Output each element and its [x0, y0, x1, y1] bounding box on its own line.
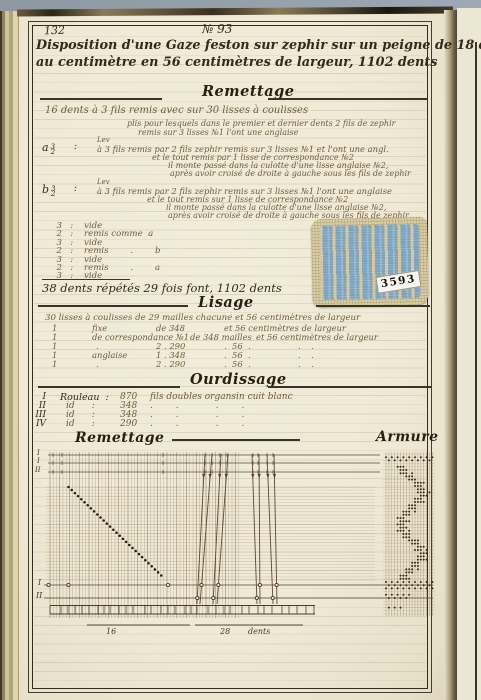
remettage-intro-1: 16 dents à 3 fils remis avec sur 30 liss… [45, 105, 308, 116]
entry-letter: b [42, 183, 49, 196]
draft-heading-armure: Armure [376, 429, 439, 445]
heading-rule [40, 98, 162, 100]
facing-page-frame-line [475, 42, 477, 700]
threading-draft-drawing [30, 446, 435, 642]
ourdissage-value: 290 [120, 419, 137, 429]
heading-rule [268, 98, 428, 100]
remettage-intro-2: plis pour lesquels dans le premier et de… [127, 119, 395, 128]
entry-denominator: 2 [51, 148, 55, 156]
section-heading-lisage: Lisage [198, 294, 254, 311]
draft-heading-remettage: Remettage [75, 430, 164, 446]
lisage-cell: et 56 centimètres de largeur [256, 332, 378, 342]
ourdissage-desc: . . . . [150, 419, 244, 429]
draft-top-row-label-3: II [35, 466, 41, 474]
remettage-total: 38 dents répétés 29 fois font, 1102 dent… [42, 281, 282, 295]
entry-a-line-4: après avoir croisé de droite à gauche so… [170, 169, 411, 178]
entry-a-colon: : [74, 142, 77, 152]
document-number: № 93 [202, 22, 232, 36]
entry-b-label: b32 [42, 183, 58, 197]
title-line-1: Disposition d'une Gaze feston sur zephir… [36, 38, 481, 53]
lisage-cell: . . [298, 359, 314, 369]
draft-top-row-label-2: I [37, 457, 40, 465]
heading-rule [316, 305, 430, 307]
lisage-count: 1 [52, 359, 57, 369]
entry-a-lev: Lev [97, 136, 110, 144]
lisage-row: 1 [52, 359, 57, 369]
scale-label-16: 16 [106, 627, 116, 636]
rouleau-numeral: IV [34, 419, 46, 429]
draft-top-row-label-1: I [37, 449, 40, 457]
draft-bottom-row-label-1: I [38, 578, 41, 587]
entry-b-lev: Lev [97, 178, 110, 186]
page-gutter-shadow [444, 10, 457, 700]
entry-a-label: a32 [42, 141, 57, 155]
heading-rule [38, 386, 180, 388]
page-number: 132 [44, 24, 65, 38]
fabric-swatch: 3593 [311, 217, 429, 307]
draft-svg [30, 446, 435, 642]
scale-label-28: 28 [220, 627, 230, 636]
lisage-cell: 2 . 290 [156, 359, 185, 369]
photo-of-notebook-page: 132 № 93 Disposition d'une Gaze feston s… [0, 0, 481, 700]
heading-rule [38, 305, 188, 307]
entry-letter: a [42, 141, 49, 154]
lisage-cell: . [96, 359, 99, 369]
draft-bottom-row-label-2: II [36, 591, 42, 600]
lisage-cell: . 56 . [224, 359, 251, 369]
scale-label-dents: dents [248, 627, 270, 636]
lisage-row-1: 30 lisses à coulisses de 29 mailles chac… [45, 313, 360, 323]
ourdissage-row: IV [34, 419, 46, 429]
facing-page-edge [457, 8, 481, 700]
heading-rule [172, 439, 300, 441]
entry-denominator: 2 [51, 190, 55, 198]
title-line-2: au centimètre en 56 centimètres de large… [36, 55, 437, 70]
remettage-intro-3: remis sur 3 lisses №1 l'ont une anglaise [138, 128, 298, 137]
entry-b-colon: : [74, 184, 77, 194]
heading-rule [268, 386, 432, 388]
total-separator-rule [42, 279, 130, 280]
ourdissage-name: id : [66, 419, 95, 429]
